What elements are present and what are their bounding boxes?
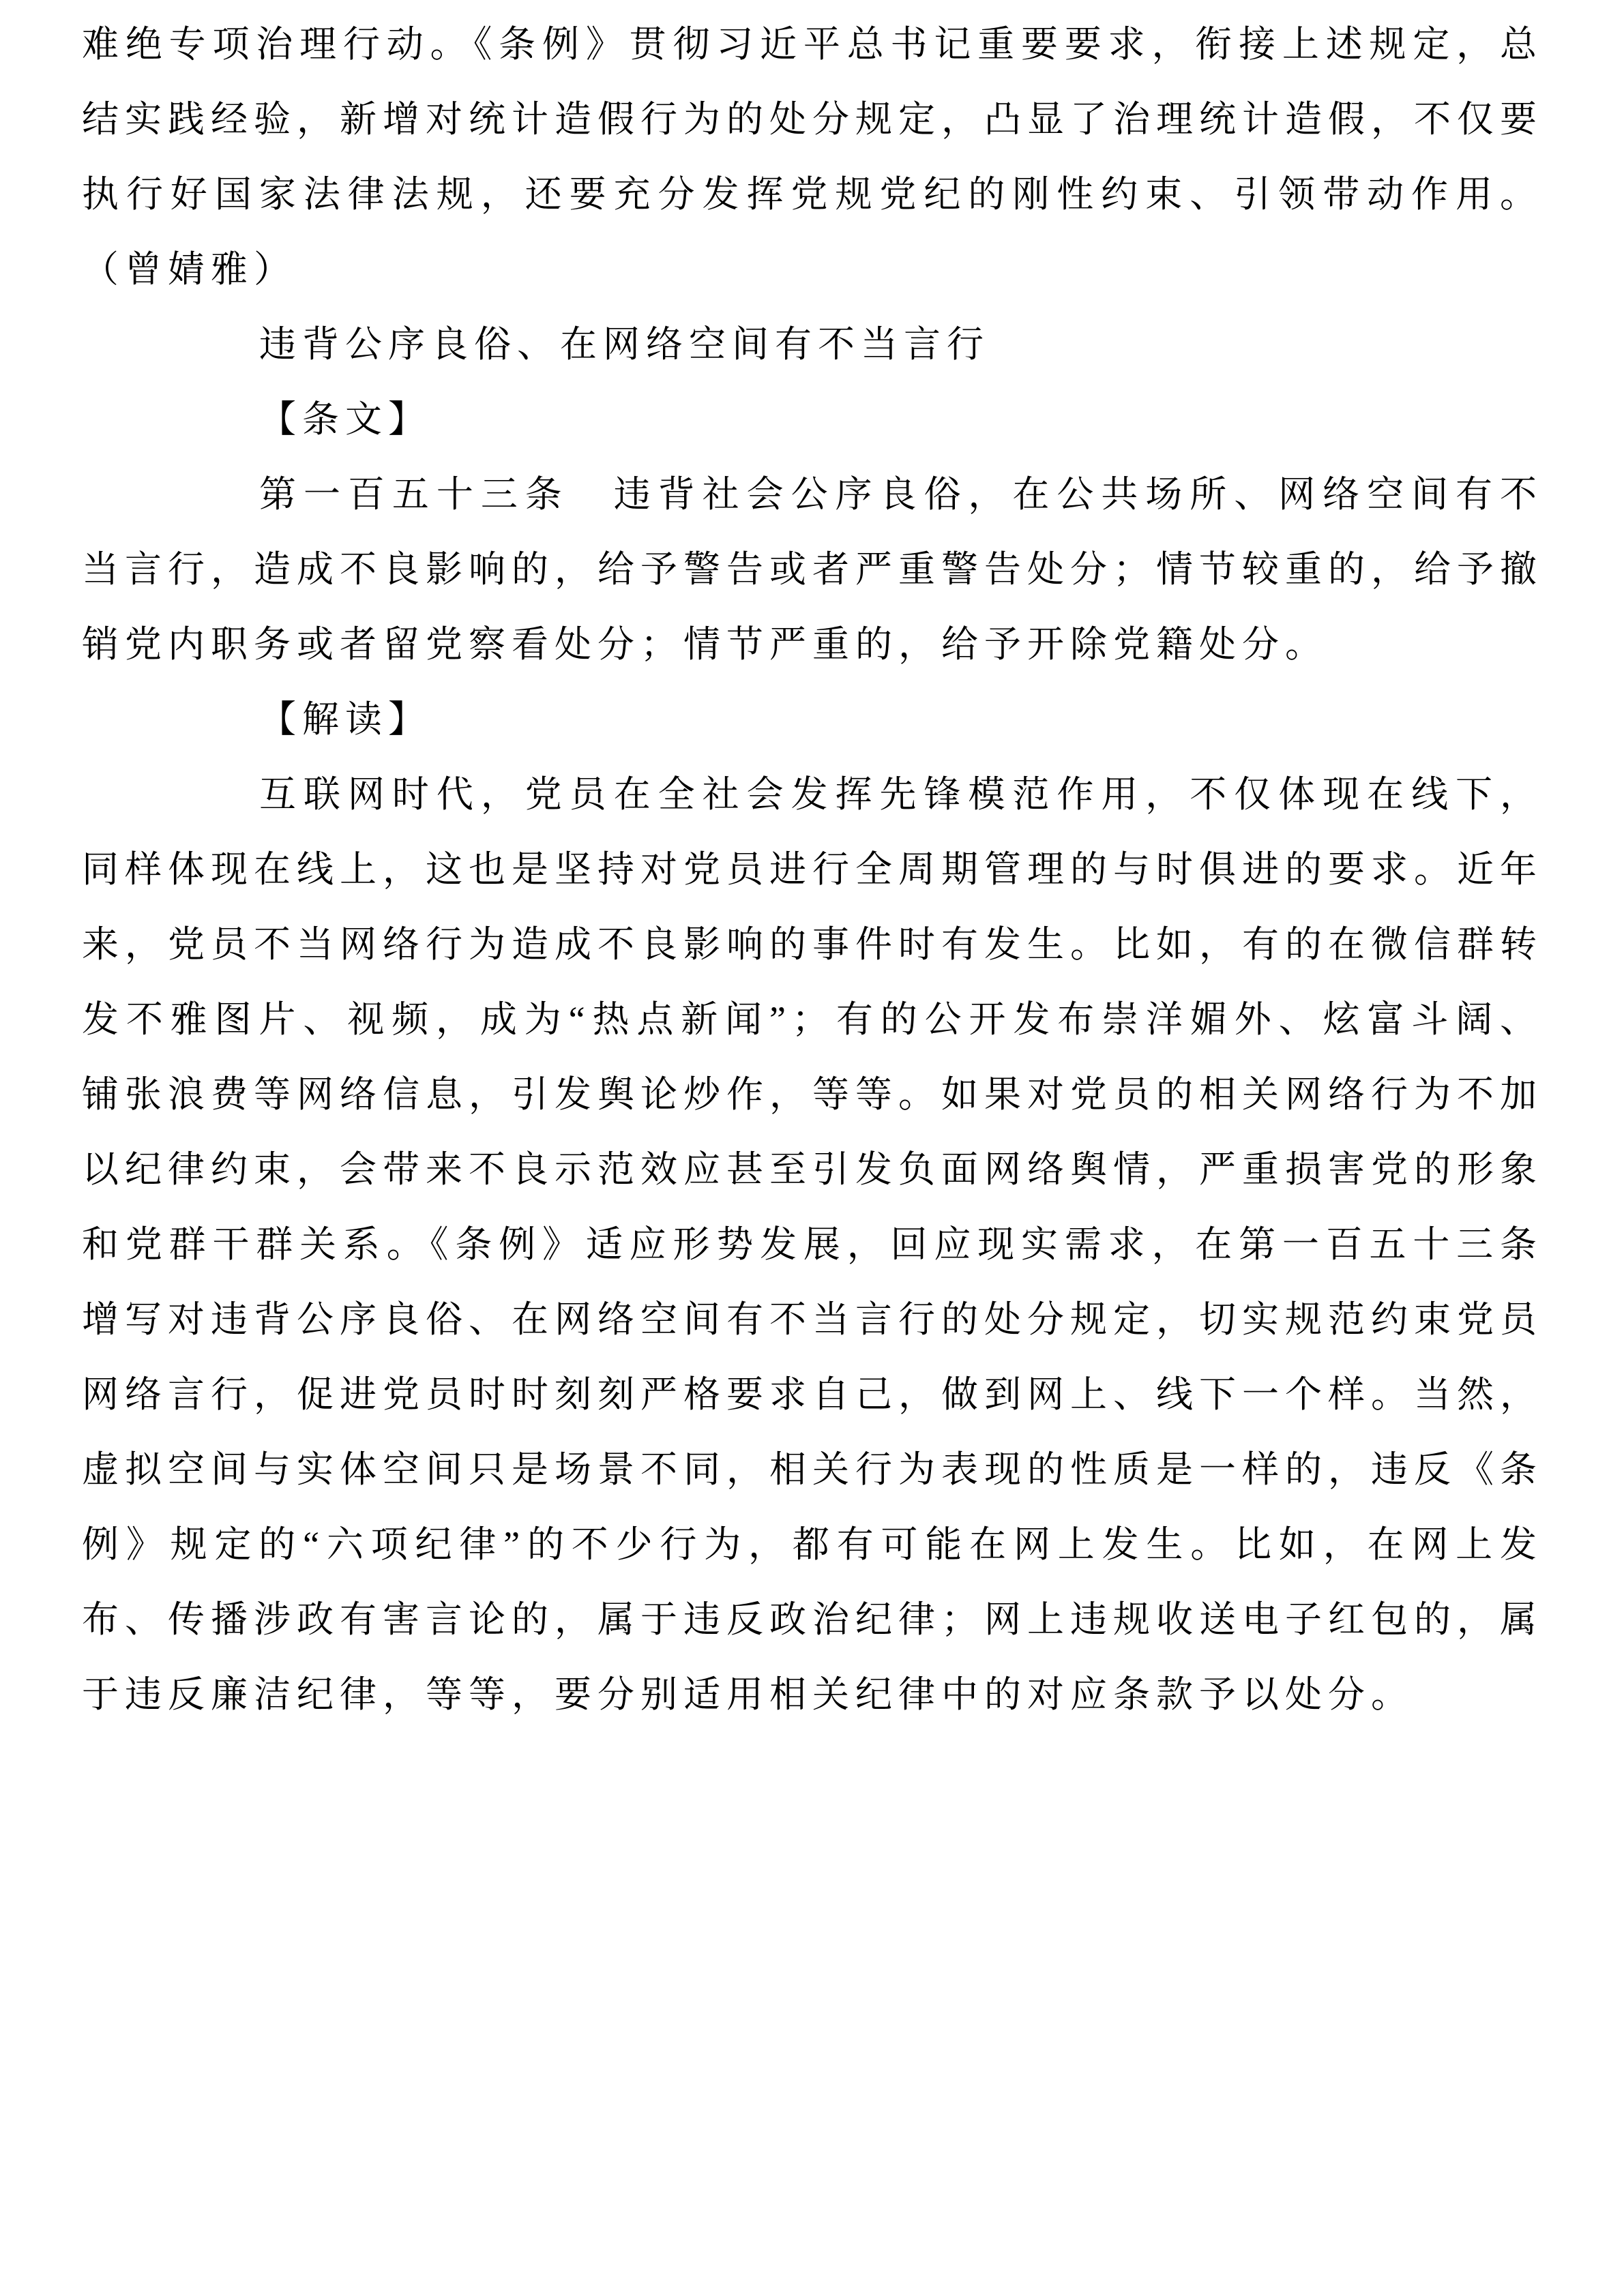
document-text-block: 难绝专项治理行动。《条例》贯彻习近平总书记重要要求，衔接上述规定，总结实践经验，… xyxy=(82,7,1543,1732)
document-page: 难绝专项治理行动。《条例》贯彻习近平总书记重要要求，衔接上述规定，总结实践经验，… xyxy=(0,0,1624,2296)
tiaowen-label: 【条文】 xyxy=(82,382,1543,457)
section-heading: 违背公序良俗、在网络空间有不当言行 xyxy=(82,307,1543,382)
article-153-text: 第一百五十三条 违背社会公序良俗，在公共场所、网络空间有不当言行，造成不良影响的… xyxy=(82,457,1543,682)
continued-paragraph: 难绝专项治理行动。《条例》贯彻习近平总书记重要要求，衔接上述规定，总结实践经验，… xyxy=(82,7,1543,307)
jiedu-label: 【解读】 xyxy=(82,682,1543,757)
interpretation-paragraph: 互联网时代，党员在全社会发挥先锋模范作用，不仅体现在线下，同样体现在线上，这也是… xyxy=(82,757,1543,1732)
